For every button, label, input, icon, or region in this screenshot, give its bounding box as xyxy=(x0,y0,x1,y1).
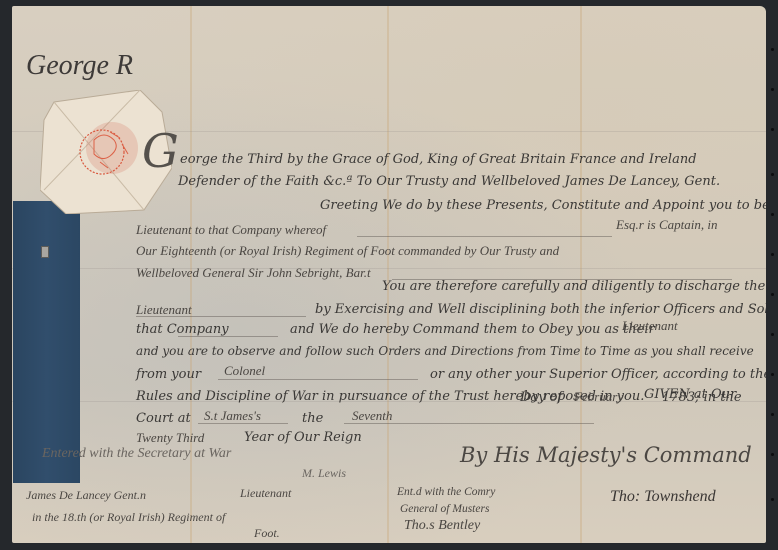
filled-field: Lieutenant to that Company whereof xyxy=(136,222,326,238)
blank-rule xyxy=(136,316,306,317)
filled-field: Esq.r is Captain, in xyxy=(616,217,718,233)
display-frame: George R G eorge the Third by the Grace … xyxy=(0,0,778,550)
blank-rule xyxy=(178,336,278,337)
command-line: By His Majesty's Command xyxy=(460,443,752,467)
blue-ribbon xyxy=(13,201,80,483)
text-line: that Company xyxy=(136,322,229,337)
filled-field: Our Eighteenth (or Royal Irish) Regiment… xyxy=(136,243,559,259)
frame-edge-dots xyxy=(770,8,776,548)
docket-line: Lieutenant xyxy=(240,486,291,501)
commission-document: George R G eorge the Third by the Grace … xyxy=(12,6,766,543)
docket-line: Foot. xyxy=(254,526,280,541)
entry-note: Entered with the Secretary at War xyxy=(42,446,231,462)
filled-field: Lieutenant xyxy=(622,318,678,334)
blank-rule xyxy=(344,423,594,424)
decorative-initial: G xyxy=(142,124,179,178)
fold-crease xyxy=(387,6,389,543)
text-line: Year of Our Reign xyxy=(244,430,362,445)
filled-field: Seventh xyxy=(352,408,392,424)
filled-field: Twenty Third xyxy=(136,430,204,446)
filled-field: Wellbeloved General Sir John Sebright, B… xyxy=(136,265,371,281)
muster-note: Ent.d with the Comry xyxy=(397,486,495,498)
text-line: from your xyxy=(136,367,201,382)
royal-signature: George R xyxy=(26,50,133,82)
blank-rule xyxy=(218,379,418,380)
filled-field: February xyxy=(574,389,623,405)
text-line: 1783; in the xyxy=(662,390,742,405)
entry-note-signature: M. Lewis xyxy=(302,466,346,481)
muster-signature: Tho.s Bentley xyxy=(404,518,480,534)
text-line: the xyxy=(302,411,323,426)
text-line: You are therefore carefully and diligent… xyxy=(382,279,766,294)
text-line: eorge the Third by the Grace of God, Kin… xyxy=(180,152,697,167)
muster-note: General of Musters xyxy=(400,503,489,515)
ribbon-clip xyxy=(41,246,49,258)
docket-line: in the 18.th (or Royal Irish) Regiment o… xyxy=(32,510,225,525)
text-line: and you are to observe and follow such O… xyxy=(136,344,754,358)
filled-field: S.t James's xyxy=(204,408,261,424)
blank-rule xyxy=(357,236,612,237)
text-line: Defender of the Faith &c.ª To Our Trusty… xyxy=(178,174,720,189)
text-line: Greeting We do by these Presents, Consti… xyxy=(320,198,766,213)
text-line: by Exercising and Well disciplining both… xyxy=(315,302,766,317)
fold-crease xyxy=(12,268,766,269)
countersignature: Tho: Townshend xyxy=(610,488,716,506)
filled-field: Colonel xyxy=(224,363,265,379)
text-line: Rules and Discipline of War in pursuance… xyxy=(136,389,644,404)
text-line: Court at xyxy=(136,411,191,426)
blank-rule xyxy=(198,423,288,424)
text-line: Day of xyxy=(520,390,562,405)
text-line: or any other your Superior Officer, acco… xyxy=(430,367,766,382)
docket-line: James De Lancey Gent.n xyxy=(26,488,146,503)
text-line: and We do hereby Command them to Obey yo… xyxy=(290,322,655,337)
